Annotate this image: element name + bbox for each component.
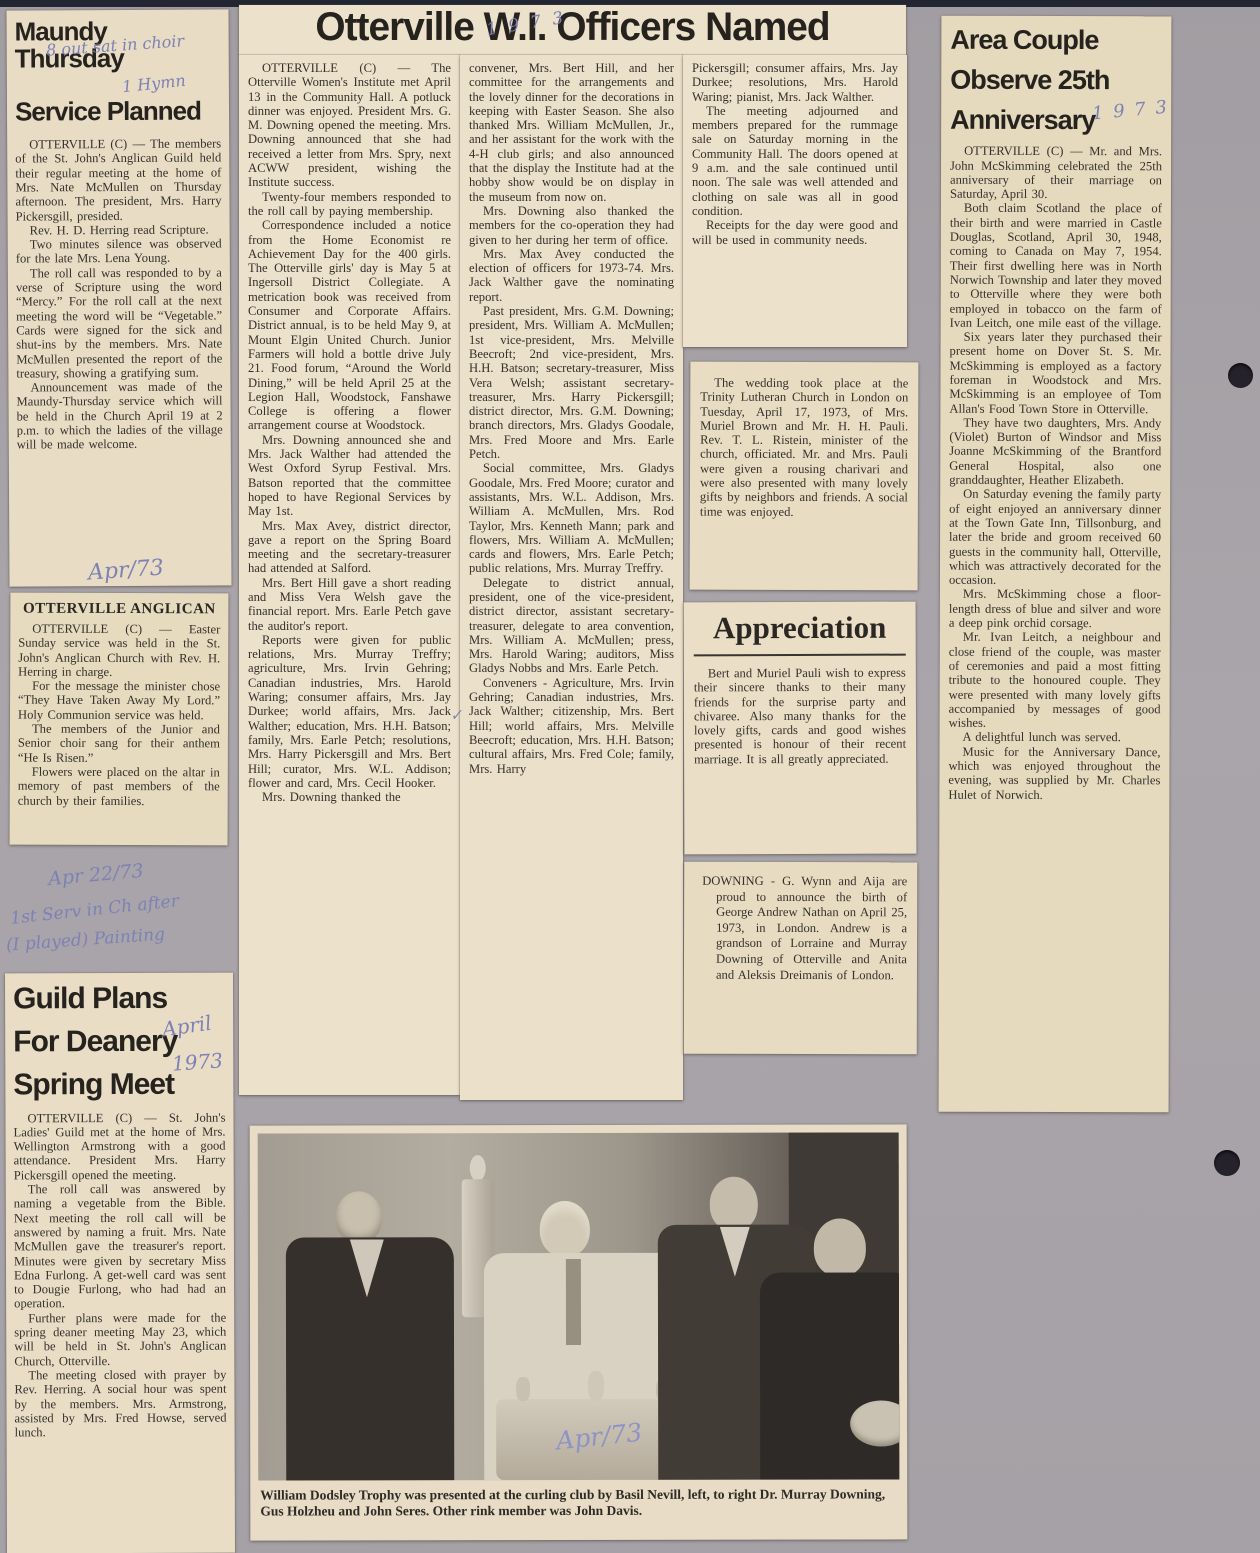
- clipping-birth-announcement: DOWNING - G. Wynn and Aija are proud to …: [684, 862, 918, 1055]
- photo-person-1-head: [336, 1191, 382, 1243]
- guild-title-line1: Guild Plans: [13, 983, 225, 1015]
- paragraph: On Saturday evening the family party of …: [949, 487, 1161, 588]
- handwriting-anglican-note-2: (I played) Painting: [5, 924, 165, 955]
- handwriting-maundy-date: Apr/73: [87, 555, 164, 585]
- paragraph: Flowers were placed on the altar in memo…: [18, 765, 220, 809]
- paragraph: The wedding took place at the Trinity Lu…: [700, 376, 908, 520]
- photo-trophy-figurine-1: [516, 1377, 530, 1401]
- paragraph: Six years later they purchased their pre…: [949, 330, 1161, 416]
- photo-person-4-head: [814, 1218, 866, 1276]
- paragraph: Twenty-four members responded to the rol…: [248, 190, 451, 219]
- paragraph: Receipts for the day were good and will …: [692, 218, 898, 247]
- hole-punch-bottom: [1214, 1150, 1240, 1176]
- clipping-wi-headline: Otterville W.I. Officers Named: [239, 5, 906, 55]
- paragraph: Correspondence included a notice from th…: [248, 218, 451, 432]
- paragraph: DOWNING - G. Wynn and Aija are proud to …: [694, 874, 907, 984]
- paragraph: OTTERVILLE (C) — St. John's Ladies' Guil…: [13, 1110, 225, 1182]
- clipping-area-couple-anniversary: Area Couple Observe 25th Anniversary OTT…: [939, 16, 1172, 1113]
- paragraph: The roll call was responded to by a vers…: [16, 265, 223, 380]
- maundy-body: OTTERVILLE (C) — The members of the St. …: [15, 137, 223, 453]
- paragraph: Music for the Anniversary Dance, which w…: [948, 744, 1160, 802]
- paragraph: Mr. Ivan Leitch, a neighbour and close f…: [949, 630, 1161, 731]
- paragraph: Pickersgill; consumer affairs, Mrs. Jay …: [692, 61, 898, 104]
- paragraph: convener, Mrs. Bert Hill, and her commit…: [469, 61, 674, 204]
- anglican-title: OTTERVILLE ANGLICAN: [18, 601, 220, 619]
- paragraph: OTTERVILLE (C) — The Otterville Women's …: [248, 61, 451, 190]
- anniversary-title-line1: Area Couple: [950, 26, 1162, 55]
- paragraph: The meeting adjourned and members prepar…: [692, 104, 898, 218]
- handwriting-check-mark: ✓: [449, 705, 463, 724]
- clipping-appreciation: Appreciation Bert and Muriel Pauli wish …: [684, 602, 917, 855]
- paragraph: Mrs. McSkimming chose a floor-length dre…: [949, 587, 1161, 630]
- paragraph: Social committee, Mrs. Gladys Goodale, M…: [469, 461, 674, 575]
- clipping-wi-column-2: convener, Mrs. Bert Hill, and her commit…: [460, 55, 683, 1100]
- paragraph: Mrs. Downing announced she and Mrs. Jack…: [248, 433, 451, 519]
- paragraph: A delightful lunch was served.: [949, 730, 1161, 745]
- paragraph: Conveners - Agriculture, Mrs. Irvin Gehr…: [469, 676, 674, 776]
- appreciation-title: Appreciation: [694, 610, 906, 657]
- anglican-body: OTTERVILLE (C) — Easter Sunday service w…: [18, 622, 221, 809]
- appreciation-body: Bert and Muriel Pauli wish to express th…: [694, 666, 906, 767]
- photo-trophy-figure: [470, 1155, 486, 1181]
- paragraph: Mrs. Max Avey, district director, gave a…: [248, 519, 451, 576]
- clipping-maundy-thursday: Maundy Thursday Service Planned OTTERVIL…: [6, 9, 231, 586]
- paragraph: Mrs. Bert Hill gave a short reading and …: [248, 576, 451, 633]
- guild-body: OTTERVILLE (C) — St. John's Ladies' Guil…: [13, 1110, 226, 1440]
- paragraph: Delegate to district annual, president, …: [469, 576, 674, 676]
- paragraph: Both claim Scotland the place of their b…: [950, 201, 1162, 330]
- paragraph: For the message the minister chose “They…: [18, 679, 220, 723]
- paragraph: OTTERVILLE (C) — The members of the St. …: [15, 137, 221, 224]
- hole-punch-top: [1228, 363, 1253, 388]
- paragraph: OTTERVILLE (C) — Mr. and Mrs. John McSki…: [950, 144, 1162, 202]
- anniversary-body: OTTERVILLE (C) — Mr. and Mrs. John McSki…: [948, 144, 1162, 802]
- paragraph: The roll call was answered by naming a v…: [14, 1182, 226, 1311]
- paragraph: Mrs. Max Avey conducted the election of …: [469, 247, 674, 304]
- handwriting-anglican-note-1: 1st Serv in Ch after: [9, 891, 179, 929]
- paragraph: Further plans were made for the spring d…: [14, 1310, 226, 1368]
- photo-trophy-figurine-2: [588, 1371, 604, 1401]
- clipping-otterville-anglican: OTTERVILLE ANGLICAN OTTERVILLE (C) — Eas…: [10, 593, 229, 846]
- paragraph: Mrs. Downing thanked the: [248, 790, 451, 804]
- paragraph: Reports were given for public relations,…: [248, 633, 451, 790]
- photo-person-3-head: [710, 1177, 758, 1231]
- clipping-curling-trophy-photo: William Dodsley Trophy was presented at …: [250, 1124, 908, 1540]
- paragraph: Announcement was made of the Maundy-Thur…: [16, 380, 222, 453]
- paragraph: Bert and Muriel Pauli wish to express th…: [694, 666, 906, 767]
- anniversary-title-line2: Observe 25th: [950, 66, 1162, 95]
- paragraph: Two minutes silence was observed for the…: [16, 237, 222, 267]
- photo-person-2-head: [540, 1201, 590, 1257]
- wi-headline: Otterville W.I. Officers Named: [249, 7, 896, 49]
- clipping-wedding-notice: The wedding took place at the Trinity Lu…: [690, 362, 919, 591]
- clipping-wi-column-3: Pickersgill; consumer affairs, Mrs. Jay …: [683, 55, 907, 347]
- paragraph: Past president, Mrs. G.M. Downing; presi…: [469, 304, 674, 461]
- clipping-wi-column-1: OTTERVILLE (C) — The Otterville Women's …: [239, 55, 460, 1095]
- paragraph: They have two daughters, Mrs. Andy (Viol…: [949, 416, 1161, 488]
- paragraph: Mrs. Downing also thanked the members fo…: [469, 204, 674, 247]
- handwriting-anglican-date: Apr 22/73: [47, 860, 144, 890]
- photo-person-4-body: [760, 1272, 899, 1479]
- paragraph: The members of the Junior and Senior cho…: [18, 722, 220, 766]
- paragraph: OTTERVILLE (C) — Easter Sunday service w…: [18, 622, 220, 680]
- photo-caption: William Dodsley Trophy was presented at …: [260, 1486, 897, 1519]
- maundy-title-line2: Service Planned: [15, 98, 221, 126]
- paragraph: Rev. H. D. Herring read Scripture.: [16, 222, 222, 237]
- handwriting-guild-year: 1973: [171, 1048, 223, 1075]
- paragraph: The meeting closed with prayer by Rev. H…: [14, 1368, 226, 1440]
- photo-person-2-tie: [566, 1259, 581, 1345]
